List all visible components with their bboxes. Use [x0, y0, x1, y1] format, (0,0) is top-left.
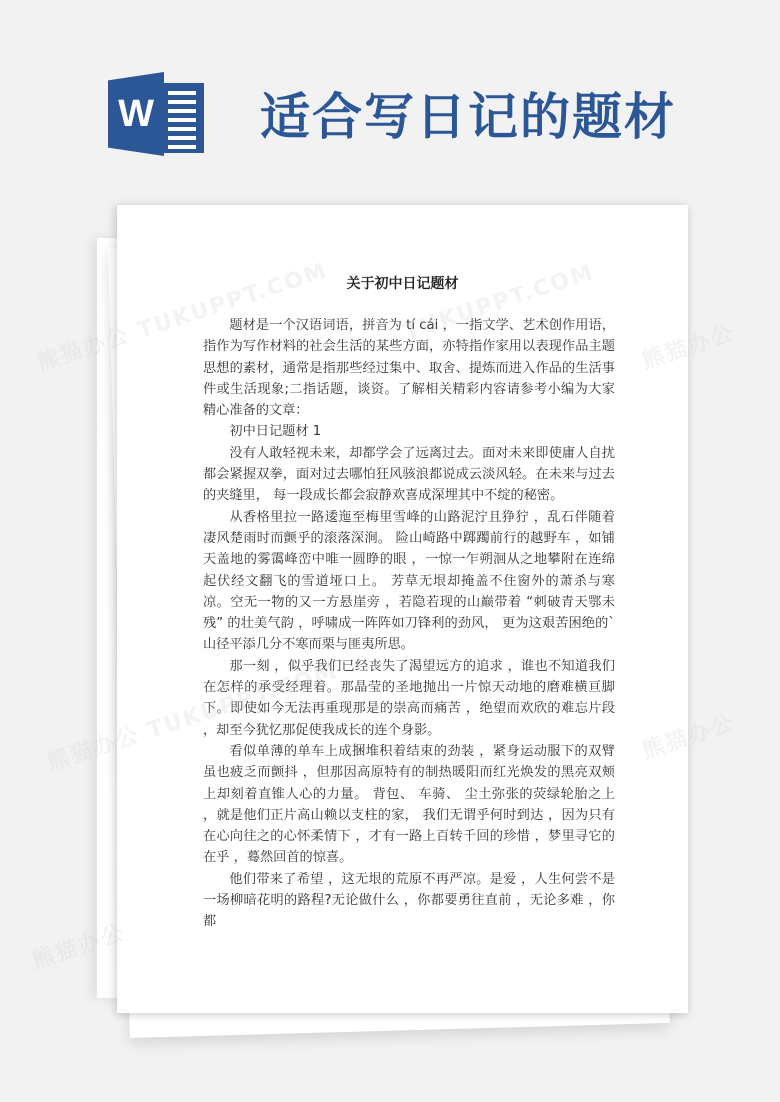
document-title: 关于初中日记题材 — [117, 273, 688, 293]
page-title: 适合写日记的题材 — [260, 77, 676, 149]
word-icon-cover: W — [108, 72, 164, 156]
paragraph: 那一刻 ，似乎我们已经丧失了渴望远方的追求 ，谁也不知道我们在怎样的承受经理着。… — [203, 656, 615, 741]
document-page: 关于初中日记题材 题材是一个汉语词语，拼音为 tí cái ，一指文学、艺术创作… — [117, 205, 688, 1013]
word-icon: W — [108, 68, 208, 158]
paragraph: 没有人敢轻视未来，却都学会了远离过去。面对未来即使庸人自扰都会紧握双拳，面对过去… — [203, 443, 615, 507]
section-heading: 初中日记题材 1 — [203, 421, 615, 442]
paragraph: 看似单薄的单车上成捆堆积着结束的劲装 ，紧身运动服下的双臂虽也疲乏而颤抖 ，但那… — [203, 741, 615, 869]
header: W 适合写日记的题材 — [108, 68, 676, 158]
paragraph: 从香格里拉一路逶迤至梅里雪峰的山路泥泞且狰狞 ，乱石伴随着凄风楚雨时而颤乎的滚落… — [203, 507, 615, 656]
paragraph-intro: 题材是一个汉语词语，拼音为 tí cái ，一指文学、艺术创作用语，指作为写作材… — [203, 315, 615, 421]
paragraph: 他们带来了希望 ，这无垠的荒原不再严凉。是爱 ，人生何尝不是一场柳暗花明的路程?… — [203, 869, 615, 933]
document-body: 题材是一个汉语词语，拼音为 tí cái ，一指文学、艺术创作用语，指作为写作材… — [203, 315, 615, 933]
